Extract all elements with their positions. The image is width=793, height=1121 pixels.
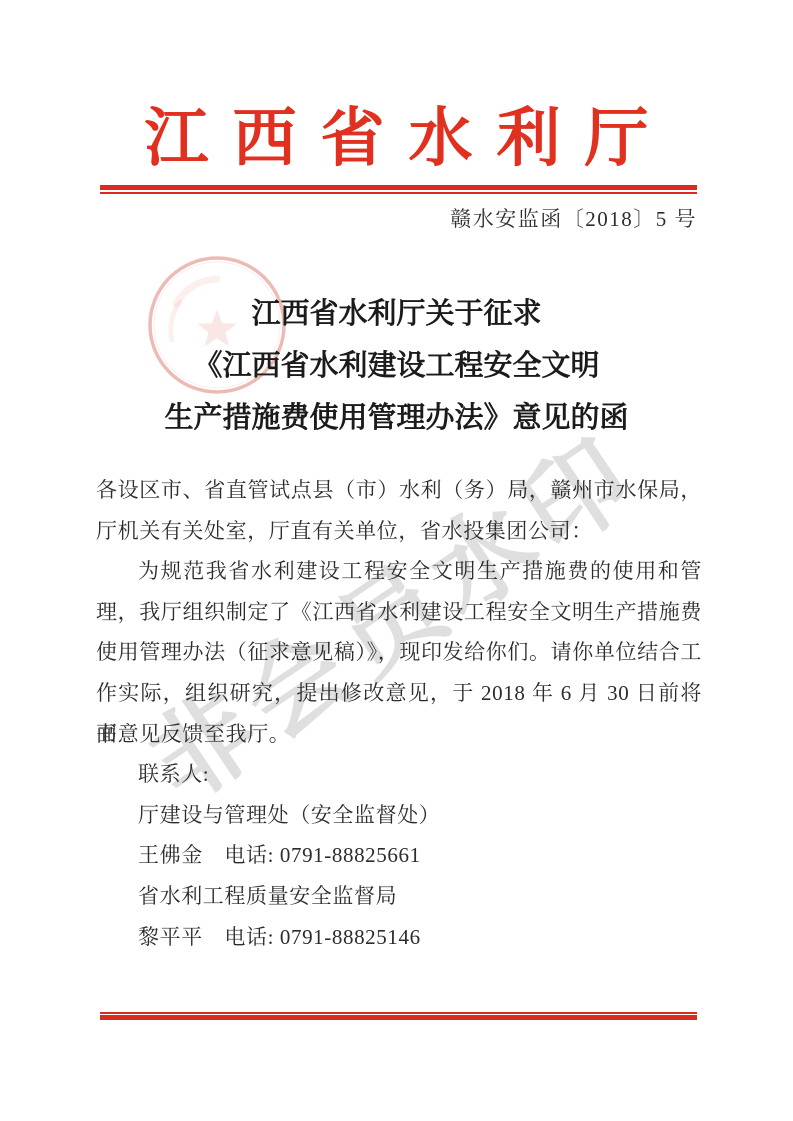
body-line-recipients-2: 厅机关有关处室，厅直有关单位，省水投集团公司： xyxy=(96,511,702,552)
body-line-para-4: 作实际，组织研究，提出修改意见，于 2018 年 6 月 30 日前将书 xyxy=(96,673,702,714)
footer-divider-thick-bar xyxy=(100,1015,697,1020)
body-line-para-2: 理，我厅组织制定了《江西省水利建设工程安全文明生产措施费 xyxy=(96,592,702,633)
header-divider-thin-bar xyxy=(100,192,697,194)
body-line-contact-dept-1: 厅建设与管理处（安全监督处） xyxy=(96,795,702,836)
body-line-para-5: 面意见反馈至我厅。 xyxy=(96,714,702,755)
body-line-contact-person-1: 王佛金 电话: 0791-88825661 xyxy=(96,835,702,876)
body-line-para-3: 使用管理办法（征求意见稿）》，现印发给你们。请你单位结合工 xyxy=(96,632,702,673)
document-title: 江西省水利厅关于征求 《江西省水利建设工程安全文明 生产措施费使用管理办法》意见… xyxy=(0,288,793,444)
footer-divider-line xyxy=(100,1012,697,1020)
header-divider-thick-bar xyxy=(100,185,697,190)
body-line-contact-person-2: 黎平平 电话: 0791-88825146 xyxy=(96,917,702,958)
title-line-3: 生产措施费使用管理办法》意见的函 xyxy=(0,392,793,444)
title-line-1: 江西省水利厅关于征求 xyxy=(0,288,793,340)
agency-header-title: 江西省水利厅 xyxy=(0,98,793,180)
body-line-para-1: 为规范我省水利建设工程安全文明生产措施费的使用和管 xyxy=(96,551,702,592)
title-line-2: 《江西省水利建设工程安全文明 xyxy=(0,340,793,392)
footer-divider-thin-bar xyxy=(100,1012,697,1014)
body-line-contact-label: 联系人: xyxy=(96,754,702,795)
document-number: 赣水安监函〔2018〕5 号 xyxy=(96,203,697,233)
document-page: 非会员水印 江西省水利厅 赣水安监函〔2018〕5 号 江西省水利厅关于征求 《… xyxy=(0,0,793,1121)
header-divider-line xyxy=(100,185,697,194)
body-line-contact-dept-2: 省水利工程质量安全监督局 xyxy=(96,876,702,917)
document-body: 各设区市、省直管试点县（市）水利（务）局，赣州市水保局， 厅机关有关处室，厅直有… xyxy=(96,470,702,957)
body-line-recipients-1: 各设区市、省直管试点县（市）水利（务）局，赣州市水保局， xyxy=(96,470,702,511)
